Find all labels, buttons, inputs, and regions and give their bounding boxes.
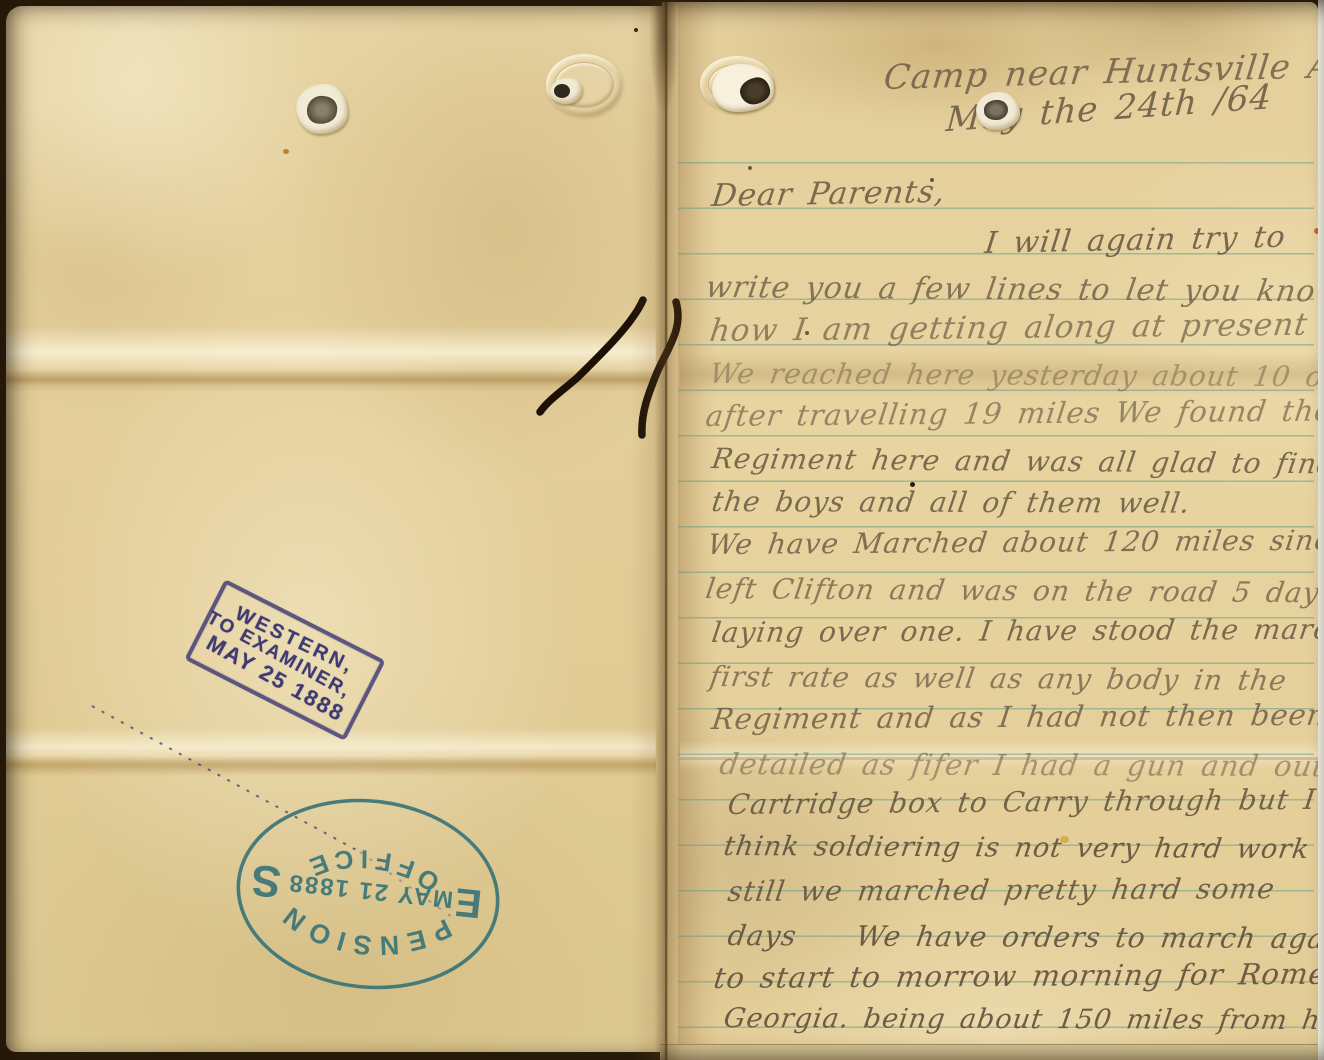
speck bbox=[1060, 836, 1069, 843]
pen-scratch-line bbox=[80, 695, 480, 935]
letter-body-line: after travelling 19 miles We found the bbox=[704, 394, 1318, 434]
letter-body-line: laying over one. I have stood the march bbox=[710, 613, 1318, 649]
letter-body-line: days We have orders to march again bbox=[726, 919, 1318, 955]
letter-body-line: write you a few lines to let you know bbox=[703, 270, 1318, 309]
letter-body-line: think soldiering is not very hard work bbox=[722, 831, 1312, 865]
letter-body-line: left Clifton and was on the road 5 days bbox=[704, 572, 1318, 609]
paper-hole bbox=[550, 78, 582, 104]
speck bbox=[634, 28, 638, 32]
letter-body-line: Georgia. being about 150 miles from here bbox=[722, 1003, 1318, 1036]
letter-body-line: first rate as well as any body in the bbox=[708, 660, 1290, 697]
letter-body-line: detailed as fifer I had a gun and out bbox=[718, 747, 1318, 783]
center-fold-dark-top bbox=[644, 0, 684, 160]
paper-hole bbox=[976, 92, 1020, 130]
letter-page-content: Camp near Huntsville Ala May the 24th /6… bbox=[662, 0, 1318, 1052]
letter-body-line: still we marched pretty hard some bbox=[726, 872, 1277, 908]
letter-body-line: to start to morrow morning for Rome bbox=[712, 957, 1318, 995]
speck bbox=[283, 149, 289, 154]
letter-body-line: how I am getting along at present bbox=[708, 307, 1310, 349]
speck bbox=[930, 178, 934, 182]
paper-tear bbox=[712, 64, 774, 112]
letter-salutation: Dear Parents, bbox=[710, 174, 948, 214]
letter-body-line: Regiment here and was all glad to find bbox=[710, 442, 1318, 480]
letter-body-line: Cartridge box to Carry through but I bbox=[726, 783, 1318, 821]
scanned-letter-document: Camp near Huntsville Ala May the 24th /6… bbox=[0, 0, 1324, 1060]
speck bbox=[805, 331, 809, 335]
scan-edge bbox=[1318, 0, 1324, 1060]
letter-body-line: We have Marched about 120 miles since we bbox=[706, 523, 1318, 561]
letter-body-line: the boys and all of them well. bbox=[710, 485, 1193, 520]
speck bbox=[910, 482, 915, 487]
letter-body-line: I will again try to bbox=[983, 220, 1288, 261]
speck bbox=[748, 166, 752, 170]
letter-body-line: We reached here yesterday about 10 o'clo… bbox=[708, 357, 1318, 394]
letter-body-line: Regiment and as I had not then been bbox=[710, 698, 1318, 736]
paper-hole bbox=[296, 84, 348, 134]
